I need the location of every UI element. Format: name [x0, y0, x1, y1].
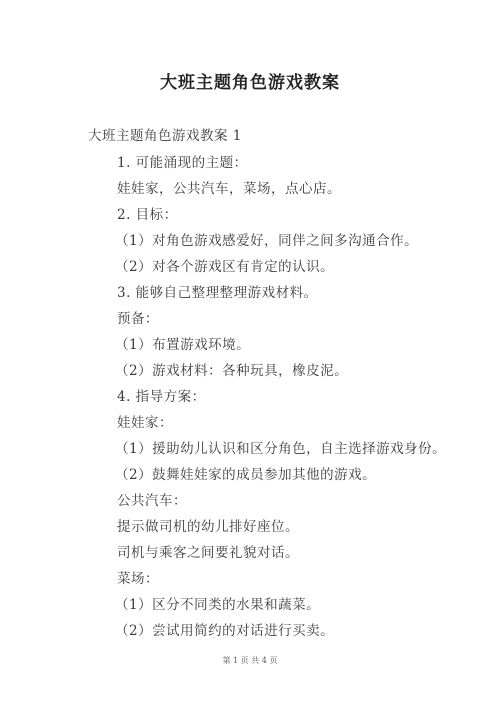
paragraph: （1）布置游戏环境。 — [115, 333, 250, 353]
paragraph: 司机与乘客之间要礼貌对话。 — [117, 541, 299, 561]
paragraph: （2）游戏材料：各种玩具，橡皮泥。 — [115, 359, 348, 379]
paragraph: 3. 能够自己整理整理游戏材料。 — [117, 281, 318, 301]
page-footer: 第 1 页 共 4 页 — [0, 655, 500, 666]
paragraph: 娃娃家，公共汽车，菜场，点心店。 — [117, 177, 341, 197]
section-heading: 大班主题角色游戏教案 1 — [88, 124, 242, 144]
paragraph: （2）对各个游戏区有肯定的认识。 — [115, 255, 334, 275]
document-title: 大班主题角色游戏教案 — [0, 68, 500, 93]
paragraph: （2）尝试用简约的对话进行买卖。 — [115, 619, 334, 639]
paragraph: （2）鼓舞娃娃家的成员参加其他的游戏。 — [115, 463, 376, 483]
paragraph: 菜场： — [117, 567, 159, 587]
paragraph: 2. 目标： — [117, 203, 178, 223]
paragraph: 1. 可能涌现的主题： — [117, 151, 248, 171]
paragraph: 4. 指导方案： — [117, 385, 206, 405]
paragraph: 预备： — [117, 307, 159, 327]
paragraph: 公共汽车： — [117, 489, 187, 509]
paragraph: 提示做司机的幼儿排好座位。 — [117, 515, 299, 535]
paragraph: （1）对角色游戏感爱好，同伴之间多沟通合作。 — [115, 229, 418, 249]
paragraph: 娃娃家： — [117, 411, 173, 431]
paragraph: （1）区分不同类的水果和蔬菜。 — [115, 593, 320, 613]
paragraph: （1）援助幼儿认识和区分角色，自主选择游戏身份。 — [115, 437, 446, 457]
